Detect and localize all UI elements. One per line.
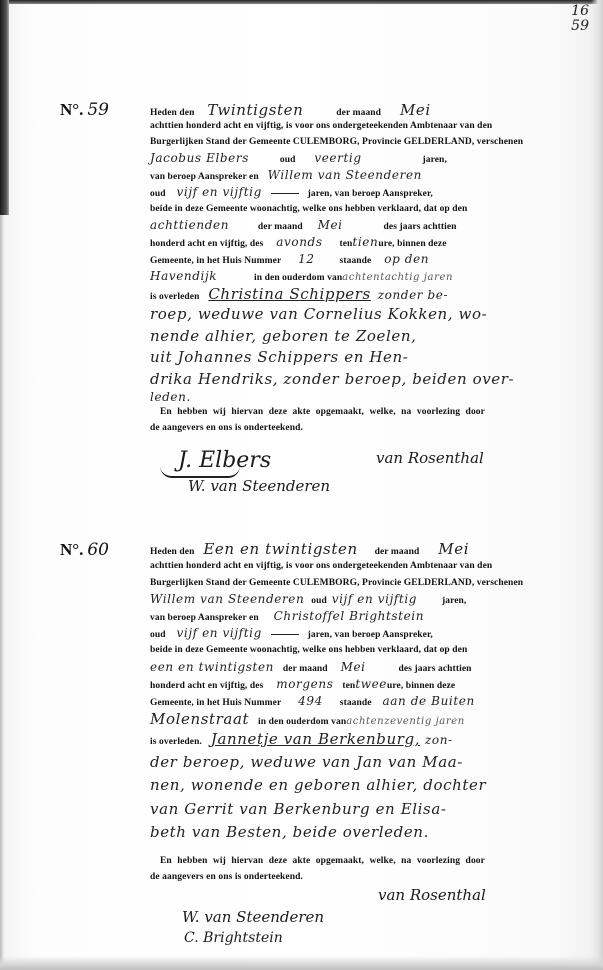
signature-official: van Rosenthal — [378, 886, 486, 904]
record-number: 59 — [571, 19, 589, 34]
record-line: Molenstraat in den ouderdom vanachtenzev… — [150, 710, 555, 728]
record-line: Gemeente, in het Huis Nummer 12 staande … — [150, 250, 555, 268]
record-line: achttienden der maand Mei des jaars acht… — [150, 216, 555, 234]
signature-declarant-2: W. van Steenderen — [188, 477, 330, 495]
entry-number: N°.59 — [60, 100, 109, 120]
record-line: Havendijk in den ouderdom vanachtentacht… — [150, 267, 555, 285]
record-line: oud vijf en vijftig jaren, van beroep Aa… — [150, 183, 555, 201]
page-right-edge — [591, 0, 603, 970]
record-line: Willem van Steenderen oud vijf en vijfti… — [150, 590, 555, 608]
page-left-edge — [0, 215, 4, 970]
page-binding-shadow — [0, 0, 9, 215]
record-line: beide in deze Gemeente woonachtig, welke… — [150, 641, 555, 659]
record-line: achttien honderd acht en vijftig, is voo… — [150, 557, 555, 575]
document-page: 16 59 N°.59 Heden den Twintigsten der ma… — [0, 0, 603, 970]
record-line: is overleden Christina Schippers zonder … — [150, 285, 555, 303]
folio-number: 16 — [571, 4, 589, 19]
signature-official: van Rosenthal — [376, 449, 484, 467]
record-line: nende alhier, geboren te Zoelen, — [150, 327, 555, 345]
record-line: de aangevers en ons is onderteekend. — [150, 419, 555, 437]
record-line: nen, wonende en geboren alhier, dochter — [150, 776, 555, 794]
record-line: Gemeente, in het Huis Nummer 494 staande… — [150, 692, 555, 710]
record-line: is overleden. Jannetje van Berkenburg, z… — [150, 730, 555, 748]
record-line: van Gerrit van Berkenburg en Elisa- — [150, 800, 555, 818]
record-line: roep, weduwe van Cornelius Kokken, wo- — [150, 305, 555, 323]
record-line: honderd acht en vijftig, des avonds tent… — [150, 233, 555, 251]
record-line: oud vijf en vijftig jaren, van beroep Aa… — [150, 624, 555, 642]
record-line: honderd acht en vijftig, des morgens ten… — [150, 675, 555, 693]
blank-line — [271, 193, 299, 194]
entry-number: N°.60 — [60, 540, 109, 560]
page-top-edge — [0, 0, 603, 4]
signature-declarant-1: W. van Steenderen — [182, 908, 324, 926]
signature-declarant-2: C. Brightstein — [184, 930, 283, 946]
page-bottom-edge — [0, 956, 603, 970]
record-line: uit Johannes Schippers en Hen- — [150, 348, 555, 366]
record-line: van beroep Aanspreker en Willem van Stee… — [150, 166, 555, 184]
page-number: 16 59 — [571, 4, 589, 34]
record-line: beth van Besten, beide overleden. — [150, 823, 555, 841]
record-line: der beroep, weduwe van Jan van Maa- — [150, 753, 555, 771]
record-line: de aangevers en ons is onderteekend. — [150, 868, 555, 886]
record-line: een en twintigsten der maand Mei des jaa… — [150, 658, 555, 676]
record-line: Jacobus Elbers oud veertig jaren, — [150, 149, 555, 167]
record-line: van beroep Aanspreker en Christoffel Bri… — [150, 607, 555, 625]
blank-line — [271, 634, 299, 635]
record-line: drika Hendriks, zonder beroep, beiden ov… — [150, 370, 555, 388]
record-line: Heden den Een en twintigsten der maand M… — [150, 540, 555, 558]
